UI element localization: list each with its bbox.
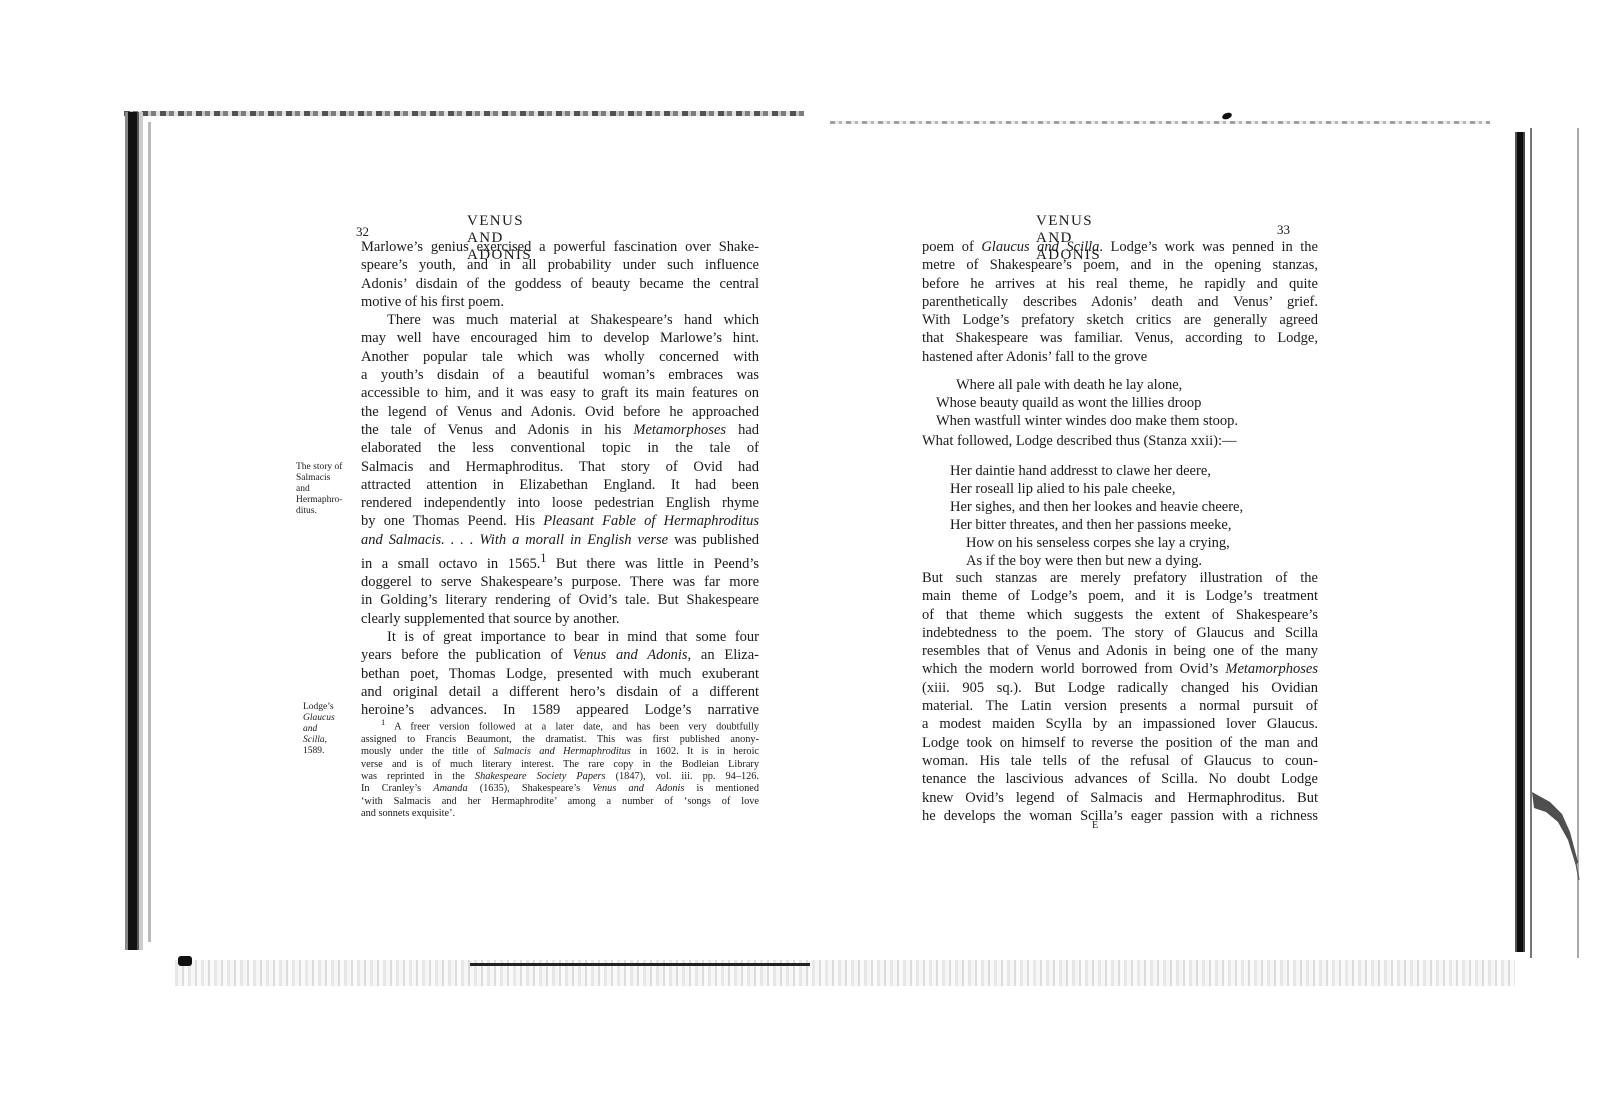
text-line: years before the publication of Venus an… (361, 646, 759, 664)
text-line: which the modern world borrowed from Ovi… (922, 660, 1318, 678)
footnote-line: was reprinted in the Shakespeare Society… (361, 771, 759, 783)
book-cover-edge-left (125, 112, 143, 950)
text-line: With Lodge’s prefatory sketch critics ar… (922, 311, 1318, 329)
footnote-line: verse and is of much literary interest. … (361, 759, 759, 771)
text-line: knew Ovid’s legend of Salmacis and Herma… (922, 789, 1318, 807)
text-line: clearly supplemented that source by anot… (361, 610, 759, 628)
text-line: rendered independently into loose pedest… (361, 494, 759, 512)
text-line: indebtedness to the poem. The story of G… (922, 624, 1318, 642)
text-line: poem of Glaucus and Scilla. Lodge’s work… (922, 238, 1318, 256)
footnote-line: and sonnets exquisite’. (361, 808, 759, 820)
margin-note-salmacis: The story ofSalmacis andHermaphro-ditus. (296, 462, 342, 517)
scan-edge-bottom (175, 960, 1515, 986)
scan-corner-mark (178, 956, 192, 966)
text-line: hastened after Adonis’ fall to the grove (922, 348, 1318, 366)
text-line: a modest maiden Scylla by an impassioned… (922, 715, 1318, 733)
text-line: Marlowe’s genius exercised a powerful fa… (361, 238, 759, 256)
text-line: the legend of Venus and Adonis. Ovid bef… (361, 403, 759, 421)
text-line: the tale of Venus and Adonis in his Meta… (361, 421, 759, 439)
text-line: and Salmacis. . . . With a morall in Eng… (361, 531, 759, 549)
text-line: material. The Latin version presents a n… (922, 697, 1318, 715)
text-line: bethan poet, Thomas Lodge, presented wit… (361, 665, 759, 683)
text-line: before he arrives at his real theme, he … (922, 275, 1318, 293)
body-text-intro: poem of Glaucus and Scilla. Lodge’s work… (922, 238, 1318, 366)
footnote-line: mously under the title of Salmacis and H… (361, 746, 759, 758)
text-line: main theme of Lodge’s poem, and it is Lo… (922, 587, 1318, 605)
text-line: he develops the woman Scilla’s eager pas… (922, 807, 1318, 825)
margin-note-line: Salmacis and (296, 473, 342, 495)
transition-line: What followed, Lodge described thus (Sta… (922, 432, 1318, 450)
margin-note-line: ditus. (296, 506, 342, 517)
page-number: 33 (1277, 222, 1290, 238)
text-line: attracted attention in Elizabethan Engla… (361, 476, 759, 494)
verse-line: When wastfull winter windes doo make the… (936, 412, 1238, 430)
text-line: But such stanzas are merely prefatory il… (922, 569, 1318, 587)
text-line: Adonis’ disdain of the goddess of beauty… (361, 275, 759, 293)
verse-line: Her bitter threates, and then her passio… (950, 516, 1243, 534)
footnote-line: 1 A freer version followed at a later da… (361, 716, 759, 734)
book-cover-edge-right (1515, 132, 1525, 952)
text-line: Another popular tale which was wholly co… (361, 348, 759, 366)
text-line: (xiii. 905 sq.). But Lodge radically cha… (922, 679, 1318, 697)
text-line: in a small octavo in 1565.1 But there wa… (361, 549, 759, 573)
verse-quotation-1: Where all pale with death he lay alone,W… (936, 376, 1238, 430)
text-line: in Golding’s literary rendering of Ovid’… (361, 591, 759, 609)
text-line: accessible to him, and it was easy to gr… (361, 384, 759, 402)
text-line: metre of Shakespeare’s poem, and in the … (922, 256, 1318, 274)
paragraph: Marlowe’s genius exercised a powerful fa… (361, 238, 759, 311)
text-line: and original detail a different hero’s d… (361, 683, 759, 701)
margin-note-line: The story of (296, 462, 342, 473)
margin-note-lodge: Lodge’sGlaucus andScilla, 1589. (303, 702, 335, 757)
text-line: woman. His tale tells of the refusal of … (922, 752, 1318, 770)
footnote: 1 A freer version followed at a later da… (361, 716, 759, 821)
bookmark-ribbon-icon (1532, 792, 1580, 882)
verse-line: As if the boy were then but new a dying. (950, 552, 1243, 570)
text-line: that Shakespeare was familiar. Venus, ac… (922, 329, 1318, 347)
text-line: by one Thomas Peend. His Pleasant Fable … (361, 512, 759, 530)
verse-line: Her roseall lip alied to his pale cheeke… (950, 480, 1243, 498)
verse-line: Where all pale with death he lay alone, (936, 376, 1238, 394)
margin-note-line: Scilla, 1589. (303, 735, 335, 757)
footnote-line: ‘with Salmacis and her Hermaphrodite’ am… (361, 796, 759, 808)
verse-line: How on his senseless corpes she lay a cr… (950, 534, 1243, 552)
paragraph: There was much material at Shakespeare’s… (361, 311, 759, 628)
body-text-closing: But such stanzas are merely prefatory il… (922, 569, 1318, 825)
text-line: of that theme which suggests the extent … (922, 606, 1318, 624)
verse-line: Her sighes, and then her lookes and heav… (950, 498, 1243, 516)
margin-note-line: Lodge’s (303, 702, 335, 713)
text-line: resembles that of Venus and Adonis in be… (922, 642, 1318, 660)
text-line: Lodge took on himself to reverse the pos… (922, 734, 1318, 752)
text-line: It is of great importance to bear in min… (361, 628, 759, 646)
margin-note-line: Glaucus and (303, 713, 335, 735)
footnote-line: assigned to Francis Beaumont, the dramat… (361, 734, 759, 746)
text-line: doggerel to serve Shakespeare’s purpose.… (361, 573, 759, 591)
text-line: elaborated the less conventional topic i… (361, 439, 759, 457)
verse-line: Her daintie hand addresst to clawe her d… (950, 462, 1243, 480)
text-line: Salmacis and Hermaphroditus. That story … (361, 458, 759, 476)
signature-mark: E (1092, 820, 1098, 831)
text-line: speare’s youth, and in all probability u… (361, 256, 759, 274)
text-line: a youth’s disdain of a beautiful woman’s… (361, 366, 759, 384)
verse-quotation-2: Her daintie hand addresst to clawe her d… (950, 462, 1243, 570)
text-line: tenance the lascivious advances of Scill… (922, 770, 1318, 788)
scan-speck (1221, 111, 1232, 120)
scan-edge-top-left (124, 111, 804, 116)
paragraph: It is of great importance to bear in min… (361, 628, 759, 719)
scan-edge-bottom-line (470, 963, 810, 966)
text-line: There was much material at Shakespeare’s… (361, 311, 759, 329)
body-text: Marlowe’s genius exercised a powerful fa… (361, 238, 759, 720)
text-line: may well have encouraged him to develop … (361, 329, 759, 347)
footnote-line: In Cranley’s Amanda (1635), Shakespeare’… (361, 783, 759, 795)
text-line: motive of his first poem. (361, 293, 759, 311)
book-cover-edge-left-inner (148, 122, 151, 942)
verse-line: Whose beauty quaild as wont the lillies … (936, 394, 1238, 412)
scan-edge-top-right (830, 121, 1490, 124)
margin-note-line: Hermaphro- (296, 495, 342, 506)
text-line: parenthetically describes Adonis’ death … (922, 293, 1318, 311)
